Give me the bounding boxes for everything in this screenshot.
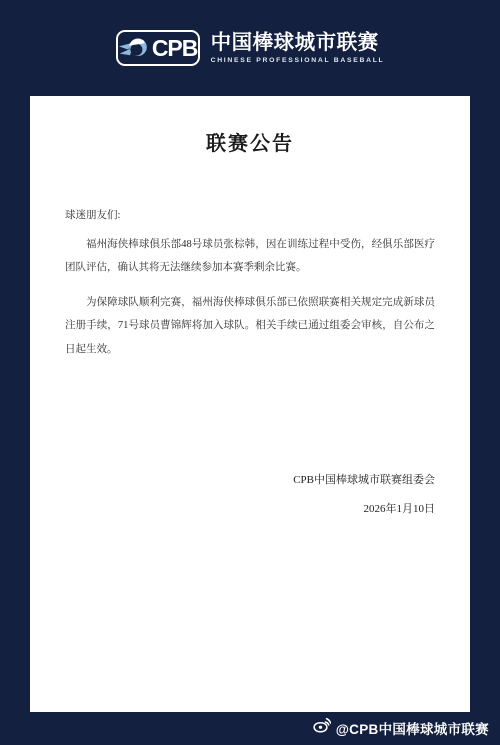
date-line: 2026年1月10日 — [65, 498, 435, 522]
league-name-zh: 中国棒球城市联赛 — [211, 32, 385, 55]
league-header: CPB 中国棒球城市联赛 CHINESE PROFESSIONAL BASEBA… — [0, 0, 500, 96]
watermark-text: @CPB中国棒球城市联赛 — [336, 718, 489, 738]
logo-cpb-text: CPB — [152, 37, 198, 60]
announcement-paragraph: 福州海侠棒球俱乐部48号球员张棕韩，因在训练过程中受伤，经俱乐部医疗团队评估，确… — [65, 233, 435, 280]
greeting-line: 球迷朋友们: — [65, 204, 435, 228]
cpb-logo: CPB — [116, 30, 200, 66]
announcement-paper: 联赛公告 球迷朋友们: 福州海侠棒球俱乐部48号球员张棕韩，因在训练过程中受伤，… — [30, 96, 470, 712]
announcement-title: 联赛公告 — [65, 96, 435, 154]
watermark: @CPB中国棒球城市联赛 — [313, 717, 489, 738]
signature-line: CPB中国棒球城市联赛组委会 — [65, 469, 435, 493]
announcement-paragraph: 为保障球队顺利完赛，福州海侠棒球俱乐部已依照联赛相关规定完成新球员注册手续，71… — [65, 291, 435, 362]
weibo-icon — [313, 717, 331, 738]
league-name-en: CHINESE PROFESSIONAL BASEBALL — [211, 57, 385, 64]
league-names: 中国棒球城市联赛 CHINESE PROFESSIONAL BASEBALL — [211, 32, 385, 65]
baseball-player-icon — [118, 34, 150, 62]
